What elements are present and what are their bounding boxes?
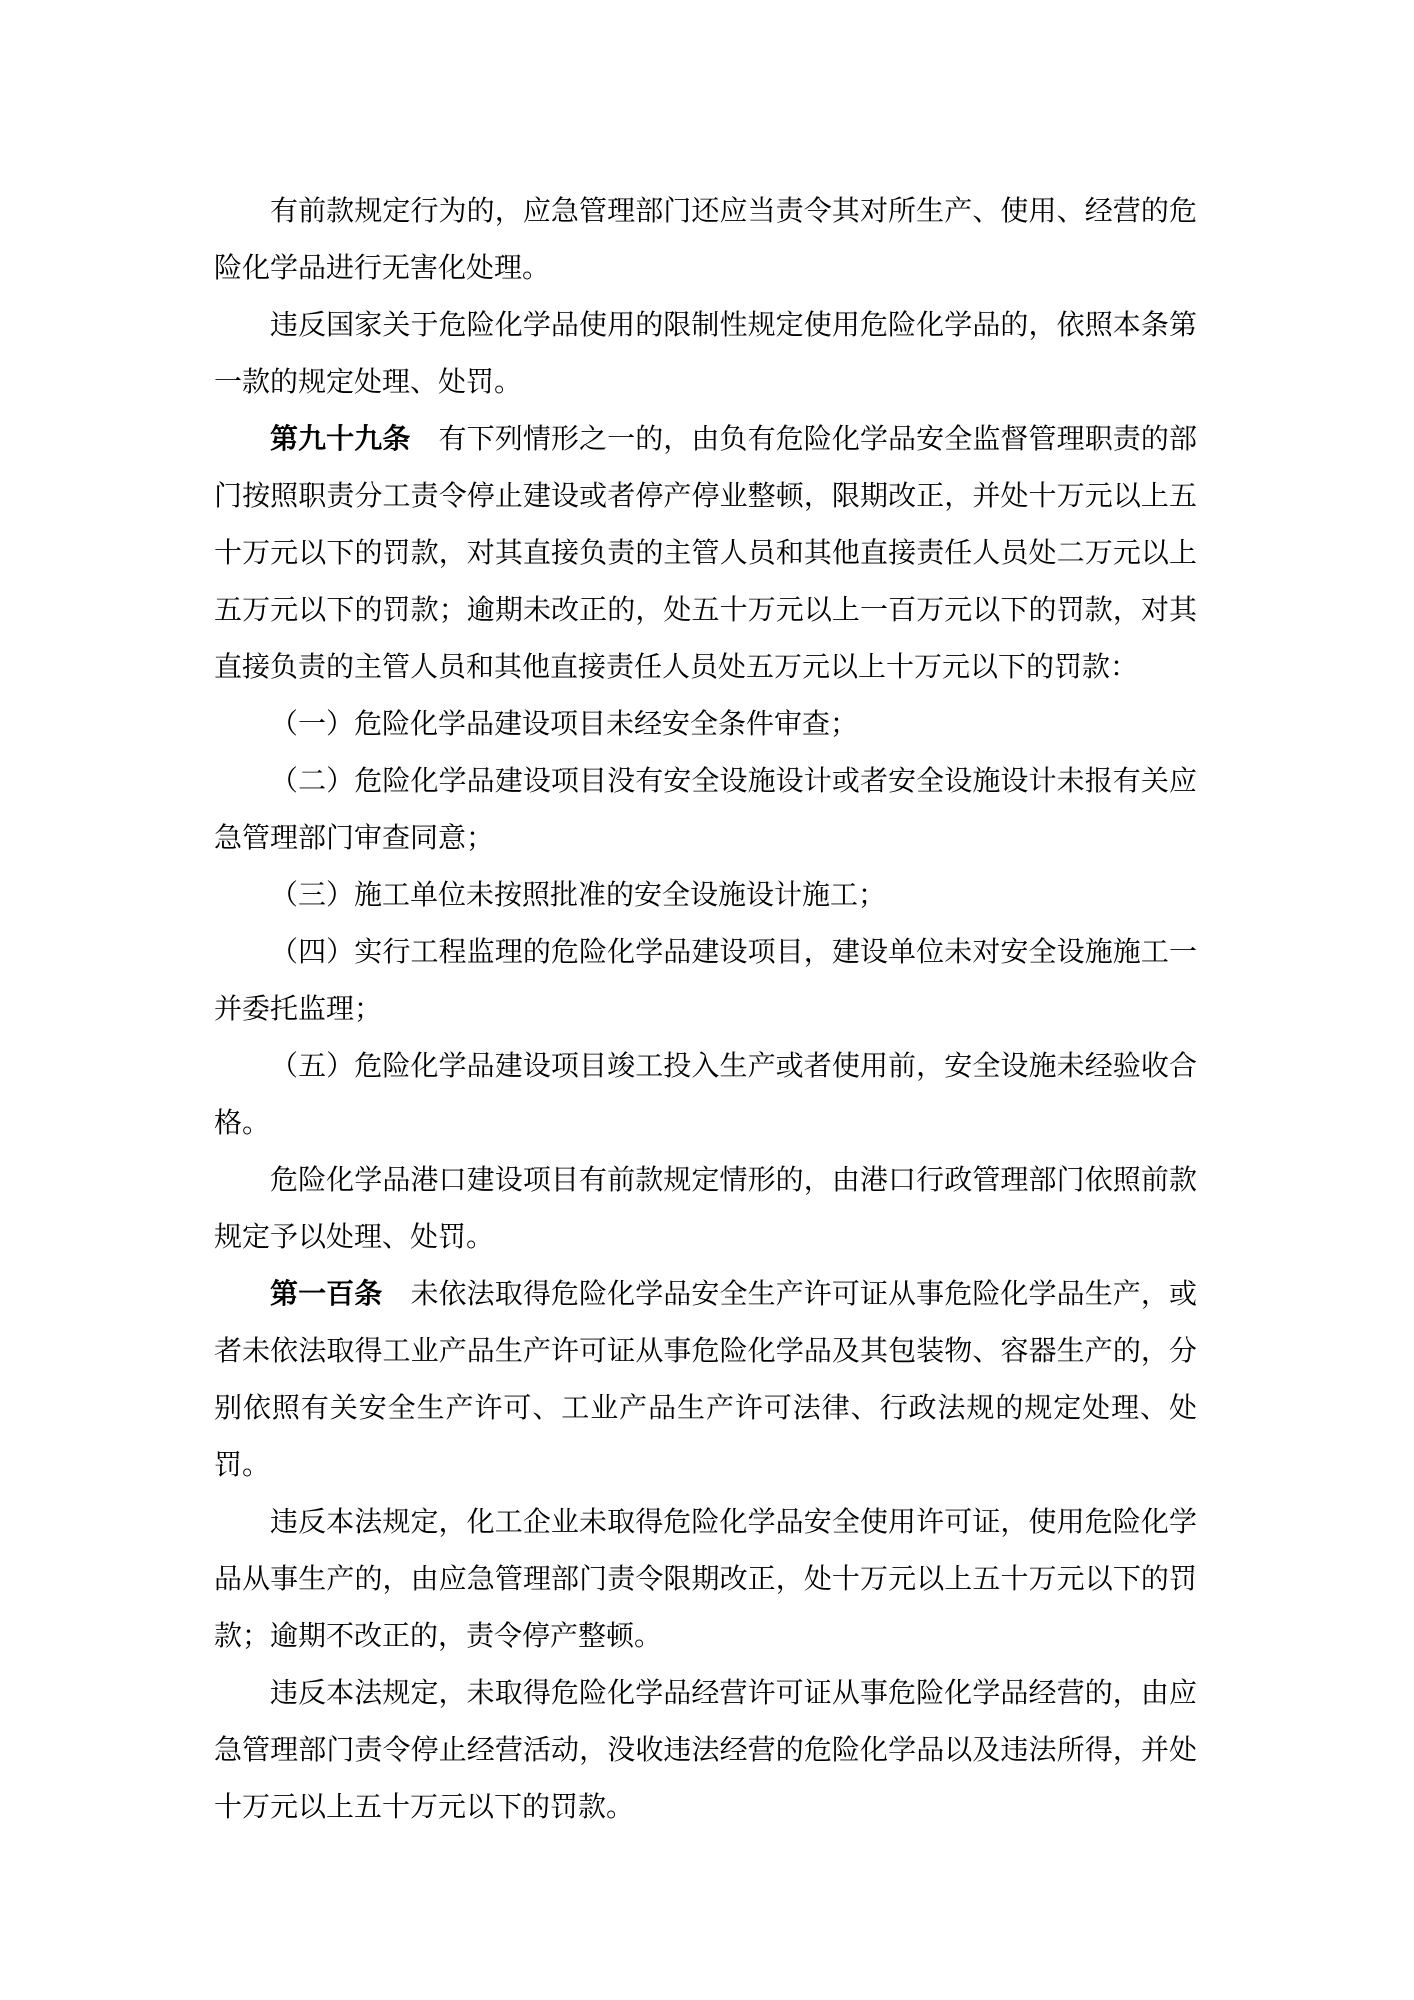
article-number: 第一百条 [270, 1279, 382, 1310]
paragraph-text: （三）施工单位未按照批准的安全设施设计施工； [270, 880, 886, 911]
paragraph: 危险化学品港口建设项目有前款规定情形的，由港口行政管理部门依照前款规定予以处理、… [214, 1152, 1197, 1266]
paragraph-article-99: 第九十九条 有下列情形之一的，由负有危险化学品安全监督管理职责的部门按照职责分工… [214, 411, 1197, 696]
paragraph-text: （五）危险化学品建设项目竣工投入生产或者使用前，安全设施未经验收合格。 [214, 1051, 1197, 1139]
document-page: 有前款规定行为的，应急管理部门还应当责令其对所生产、使用、经营的危险化学品进行无… [0, 0, 1414, 2000]
paragraph: 违反本法规定，未取得危险化学品经营许可证从事危险化学品经营的，由应急管理部门责令… [214, 1665, 1197, 1836]
paragraph-text: 有前款规定行为的，应急管理部门还应当责令其对所生产、使用、经营的危险化学品进行无… [214, 196, 1197, 284]
paragraph-text: （一）危险化学品建设项目未经安全条件审查； [270, 709, 858, 740]
paragraph-article-100: 第一百条 未依法取得危险化学品安全生产许可证从事危险化学品生产，或者未依法取得工… [214, 1266, 1197, 1494]
paragraph-text: 违反本法规定，未取得危险化学品经营许可证从事危险化学品经营的，由应急管理部门责令… [214, 1678, 1197, 1823]
paragraph-text: 危险化学品港口建设项目有前款规定情形的，由港口行政管理部门依照前款规定予以处理、… [214, 1165, 1197, 1253]
paragraph-text: 违反本法规定，化工企业未取得危险化学品安全使用许可证，使用危险化学品从事生产的，… [214, 1507, 1197, 1652]
paragraph: 有前款规定行为的，应急管理部门还应当责令其对所生产、使用、经营的危险化学品进行无… [214, 183, 1197, 297]
paragraph: 违反国家关于危险化学品使用的限制性规定使用危险化学品的，依照本条第一款的规定处理… [214, 297, 1197, 411]
list-item: （一）危险化学品建设项目未经安全条件审查； [214, 696, 1197, 753]
article-number: 第九十九条 [270, 424, 410, 455]
paragraph: 违反本法规定，化工企业未取得危险化学品安全使用许可证，使用危险化学品从事生产的，… [214, 1494, 1197, 1665]
list-item: （三）施工单位未按照批准的安全设施设计施工； [214, 867, 1197, 924]
paragraph-text: 有下列情形之一的，由负有危险化学品安全监督管理职责的部门按照职责分工责令停止建设… [214, 424, 1197, 683]
list-item: （五）危险化学品建设项目竣工投入生产或者使用前，安全设施未经验收合格。 [214, 1038, 1197, 1152]
list-item: （四）实行工程监理的危险化学品建设项目，建设单位未对安全设施施工一并委托监理； [214, 924, 1197, 1038]
paragraph-text: 违反国家关于危险化学品使用的限制性规定使用危险化学品的，依照本条第一款的规定处理… [214, 310, 1197, 398]
list-item: （二）危险化学品建设项目没有安全设施设计或者安全设施设计未报有关应急管理部门审查… [214, 753, 1197, 867]
paragraph-text: （四）实行工程监理的危险化学品建设项目，建设单位未对安全设施施工一并委托监理； [214, 937, 1197, 1025]
paragraph-text: （二）危险化学品建设项目没有安全设施设计或者安全设施设计未报有关应急管理部门审查… [214, 766, 1197, 854]
